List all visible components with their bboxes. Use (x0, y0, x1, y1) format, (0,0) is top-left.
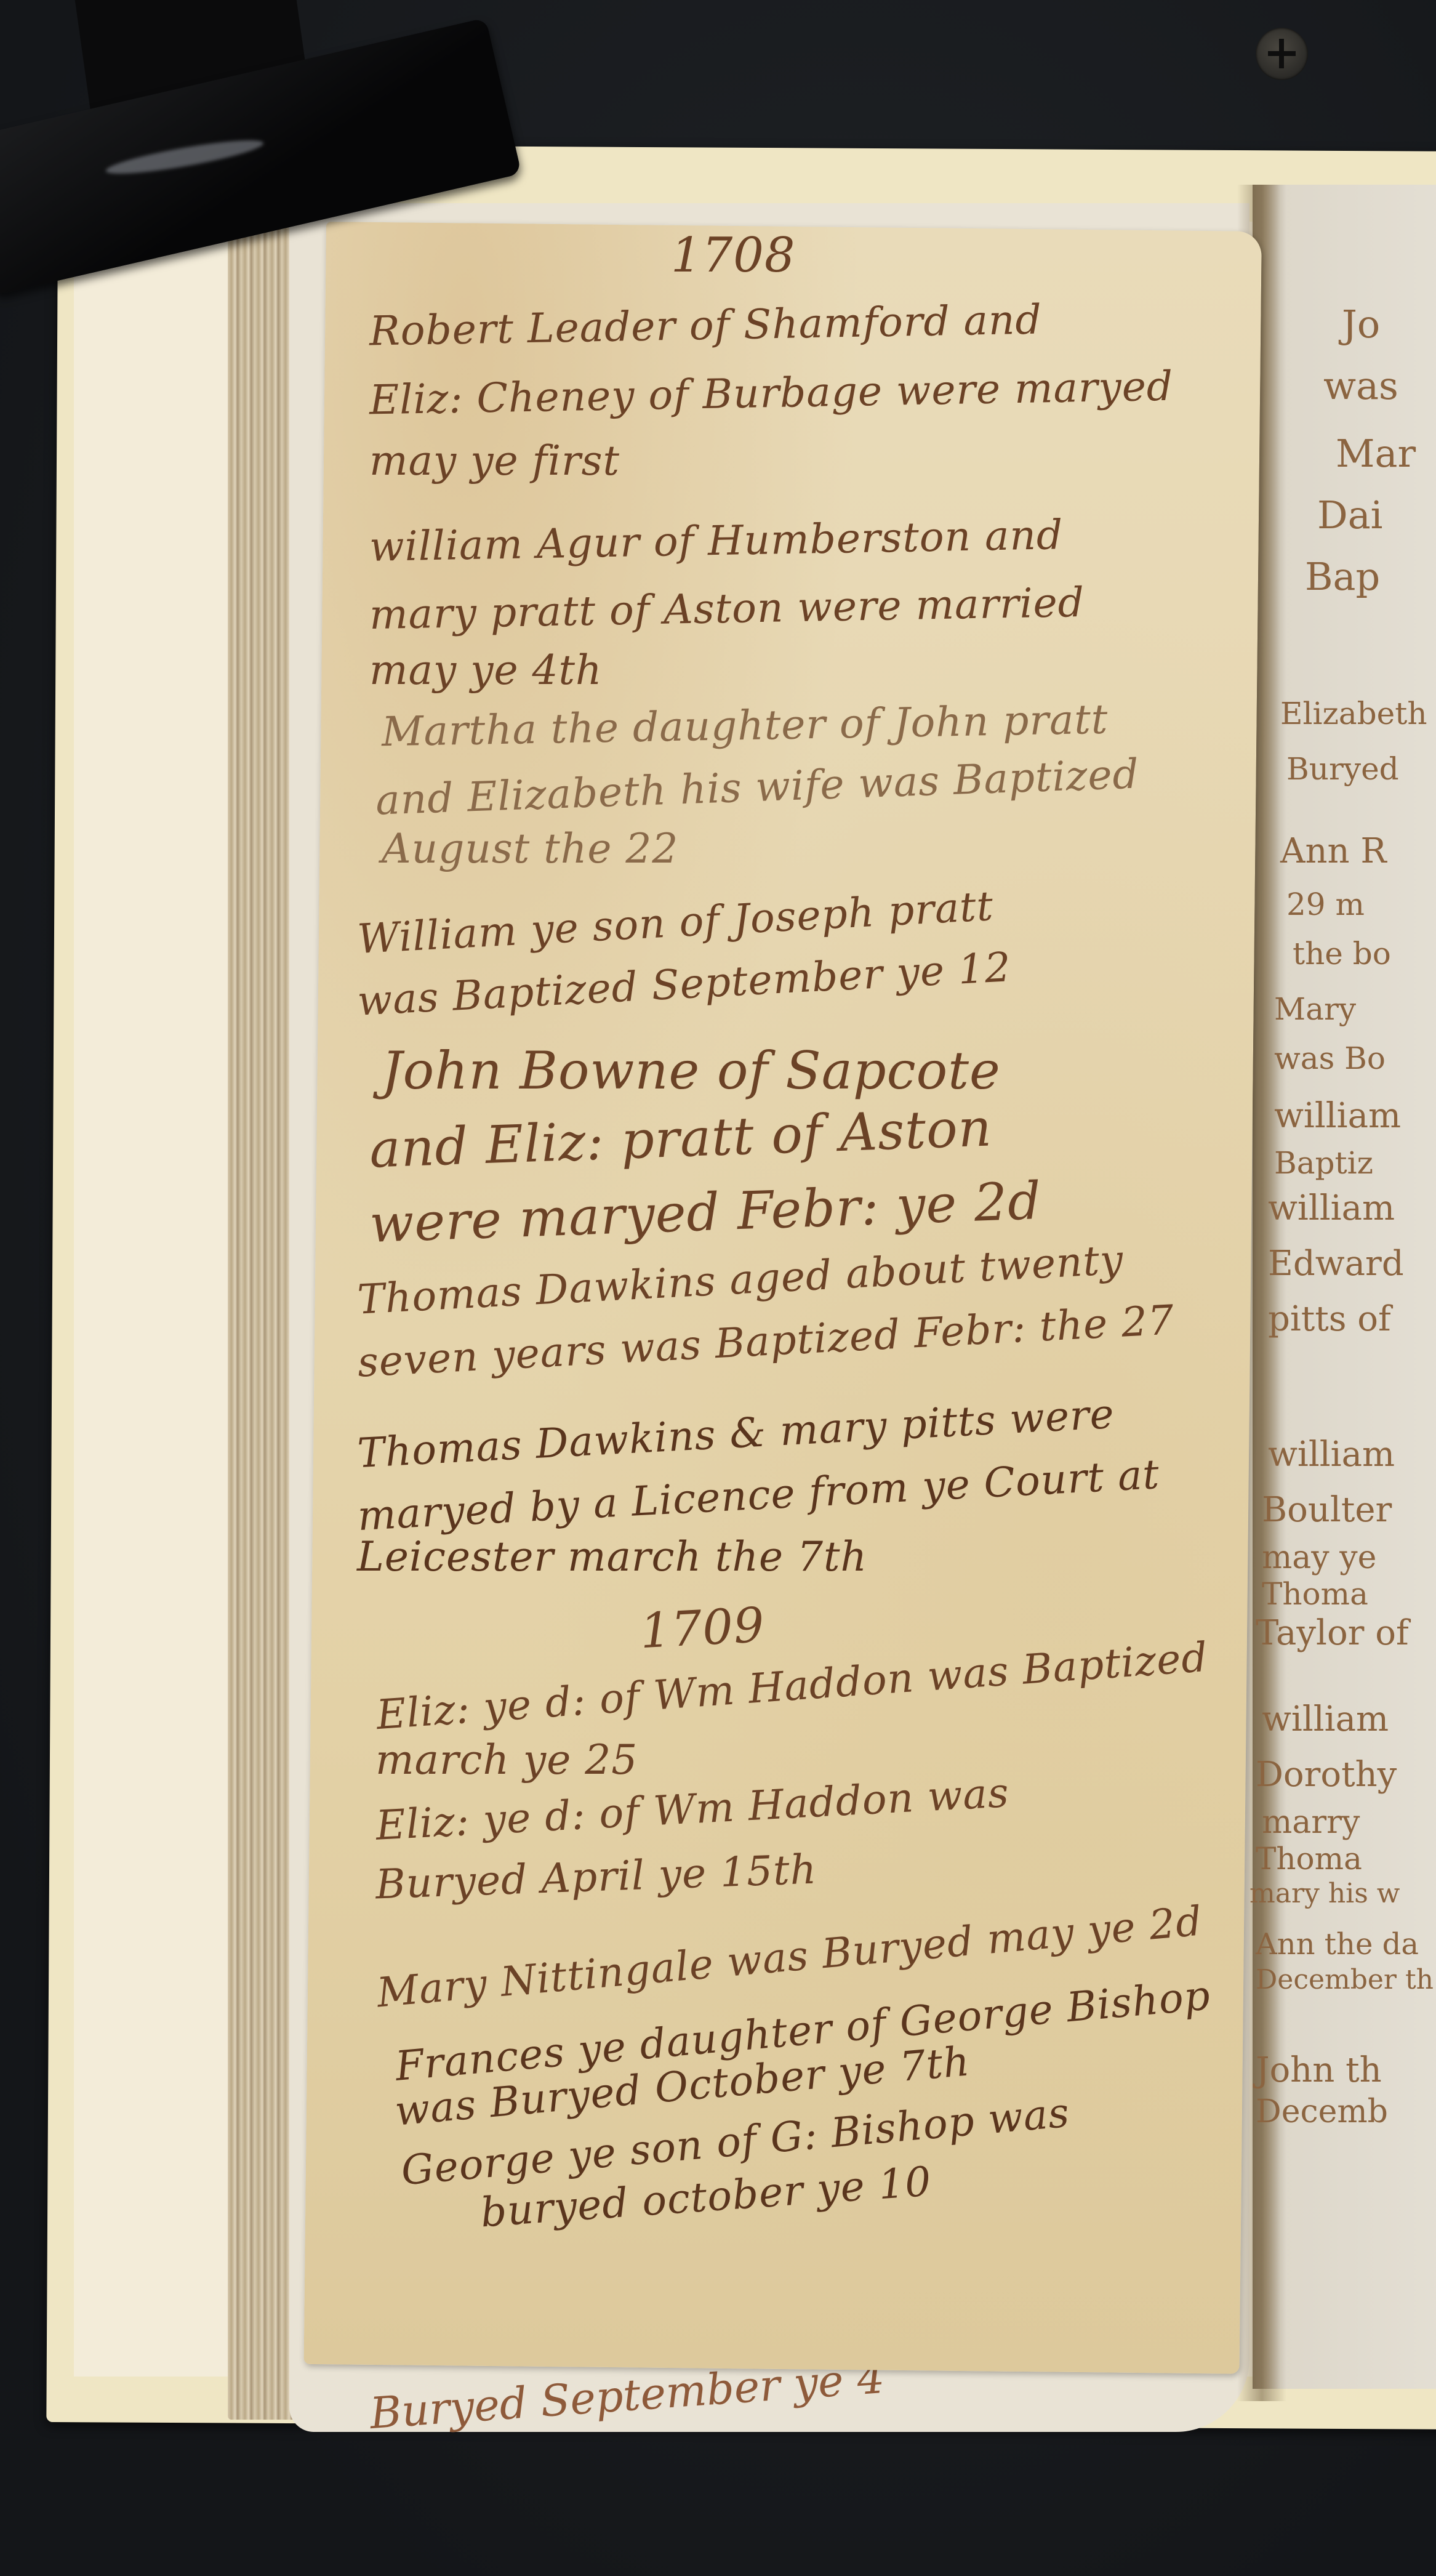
facing-fragment: william (1268, 1435, 1395, 1475)
facing-fragment: Elizabeth (1280, 696, 1427, 731)
entry-line: may ye first (369, 437, 620, 485)
facing-fragment: Thoma (1256, 1841, 1362, 1877)
facing-fragment: 29 m (1286, 887, 1365, 922)
facing-fragment: Boulter (1262, 1490, 1392, 1530)
facing-fragment: December th (1256, 1964, 1434, 1995)
facing-fragment: Ann the da (1256, 1927, 1419, 1962)
year-heading-1708: 1708 (671, 228, 796, 283)
entry-line: John Bowne of Sapcote (382, 1040, 1001, 1101)
facing-fragment: Buryed (1286, 751, 1399, 787)
facing-fragment: Baptiz (1274, 1145, 1373, 1181)
facing-fragment: mary his w (1249, 1878, 1400, 1909)
facing-fragment: Bap (1305, 554, 1380, 599)
facing-fragment: Mary (1274, 991, 1356, 1027)
facing-fragment: Edward (1268, 1244, 1404, 1284)
year-heading-1709: 1709 (639, 1598, 766, 1659)
facing-fragment: Dai (1317, 493, 1383, 537)
facing-fragment: marry (1262, 1804, 1360, 1841)
screw-icon (1256, 28, 1308, 80)
facing-fragment: Jo (1342, 302, 1380, 347)
facing-fragment: Thoma (1262, 1576, 1368, 1612)
facing-fragment: was Bo (1274, 1040, 1386, 1076)
facing-fragment: Dorothy (1256, 1755, 1397, 1795)
facing-fragment: pitts of (1268, 1299, 1391, 1339)
facing-fragment: may ye (1262, 1539, 1376, 1576)
facing-fragment: william (1268, 1188, 1395, 1228)
facing-fragment: Taylor of (1256, 1613, 1409, 1653)
facing-fragment: the bo (1293, 936, 1391, 972)
entry-line: Leicester march the 7th (357, 1533, 867, 1580)
facing-fragment: John th (1256, 2050, 1382, 2090)
entry-line: may ye 4th (369, 646, 603, 694)
facing-fragment: william (1274, 1096, 1401, 1136)
binder-clip (0, 0, 548, 332)
facing-fragment: Mar (1336, 431, 1416, 476)
facing-fragment: william (1262, 1699, 1389, 1739)
facing-fragment: was (1323, 363, 1398, 408)
facing-fragment: Ann R (1280, 831, 1387, 871)
entry-line: march ye 25 (375, 1736, 638, 1784)
entry-line: August the 22 (382, 825, 678, 872)
facing-fragment: Decemb (1256, 2093, 1388, 2130)
